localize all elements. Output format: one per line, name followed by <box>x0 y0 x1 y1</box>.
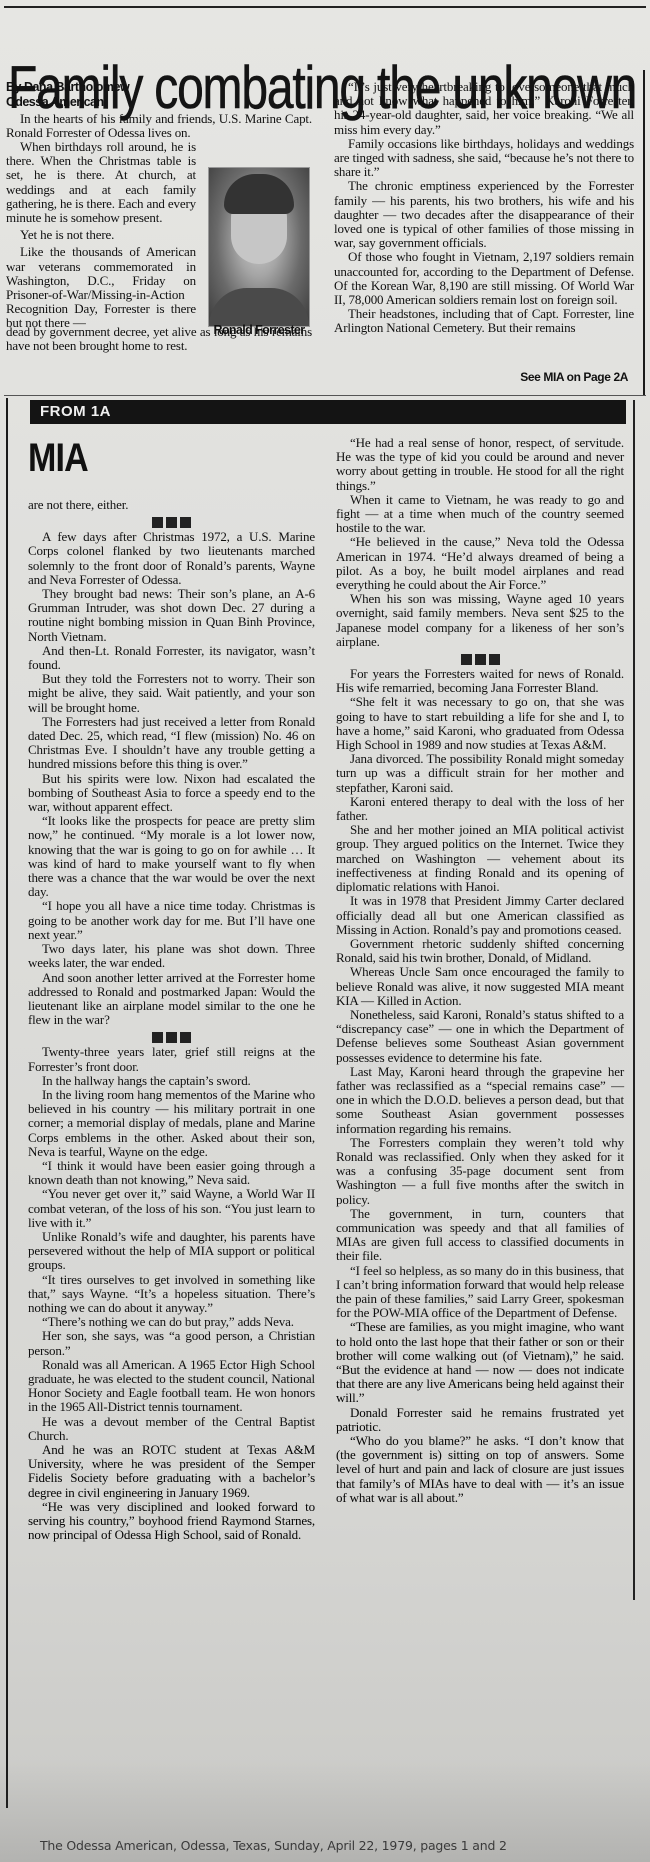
paragraph: “It looks like the prospects for peace a… <box>28 814 315 899</box>
paragraph: The chronic emptiness experienced by the… <box>334 179 634 250</box>
paragraph: But his spirits were low. Nixon had esca… <box>28 772 315 815</box>
paragraph: When his son was missing, Wayne aged 10 … <box>336 592 624 649</box>
paragraph: “I hope you all have a nice time today. … <box>28 899 315 942</box>
paragraph: Their headstones, including that of Capt… <box>334 307 634 335</box>
paragraph: Twenty-three years later, grief still re… <box>28 1045 315 1073</box>
paragraph: But they told the Forresters not to worr… <box>28 672 315 715</box>
section-break-icon <box>336 651 624 666</box>
jump-link[interactable]: See MIA on Page 2A <box>520 370 628 384</box>
paragraph: For years the Forresters waited for news… <box>336 667 624 695</box>
top-left-column: When birthdays roll around, he is there.… <box>6 140 196 331</box>
paragraph: “There’s nothing we can do but pray,” ad… <box>28 1315 315 1329</box>
box-rule <box>6 398 8 1808</box>
top-right-column: “It’s just very heartbreaking to love so… <box>334 80 634 336</box>
paragraph: Jana divorced. The possibility Ronald mi… <box>336 752 624 795</box>
photo-hair <box>224 174 294 214</box>
paragraph: Two days later, his plane was shot down.… <box>28 942 315 970</box>
paragraph: A few days after Christmas 1972, a U.S. … <box>28 530 315 587</box>
newspaper-clipping: Family combating the unknown By Dana Bar… <box>0 0 650 1862</box>
paragraph: He was a devout member of the Central Ba… <box>28 1415 315 1443</box>
paragraph: “It’s just very heartbreaking to love so… <box>334 80 634 137</box>
paragraph: Nonetheless, said Karoni, Ronald’s statu… <box>336 1008 624 1065</box>
paragraph: In the living room hang mementos of the … <box>28 1088 315 1159</box>
paragraph: “These are families, as you might imagin… <box>336 1320 624 1405</box>
paragraph: “He believed in the cause,” Neva told th… <box>336 535 624 592</box>
paragraph: Ronald was all American. A 1965 Ector Hi… <box>28 1358 315 1415</box>
paragraph: Unlike Ronald’s wife and daughter, his p… <box>28 1230 315 1273</box>
paragraph: Yet he is not there. <box>6 228 196 242</box>
paragraph: Family occasions like birthdays, holiday… <box>334 137 634 180</box>
lede-paragraph: In the hearts of his family and friends,… <box>6 112 312 140</box>
paragraph: “He was very disciplined and looked forw… <box>28 1500 315 1543</box>
paragraph: And he was an ROTC student at Texas A&M … <box>28 1443 315 1500</box>
continuation-right-column: “He had a real sense of honor, respect, … <box>336 436 624 1505</box>
paragraph: When birthdays roll around, he is there.… <box>6 140 196 225</box>
paragraph: Last May, Karoni heard through the grape… <box>336 1065 624 1136</box>
paragraph: “You never get over it,” said Wayne, a W… <box>28 1187 315 1230</box>
paragraph: In the hearts of his family and friends,… <box>6 112 312 140</box>
byline-author: By Dana Bartholomew <box>6 80 129 95</box>
section-break-icon <box>28 514 315 529</box>
divider <box>4 395 646 396</box>
paragraph: Like the thousands of American war veter… <box>6 245 196 330</box>
paragraph: When it came to Vietnam, he was ready to… <box>336 493 624 536</box>
portrait-photo <box>208 167 310 327</box>
top-rule <box>4 6 646 8</box>
paragraph: “She felt it was necessary to go on, tha… <box>336 695 624 752</box>
paragraph: In the hallway hangs the captain’s sword… <box>28 1074 315 1088</box>
paragraph: “It tires ourselves to get involved in s… <box>28 1273 315 1316</box>
paragraph: The government, in turn, counters that c… <box>336 1207 624 1264</box>
paragraph: “I think it would have been easier going… <box>28 1159 315 1187</box>
paragraph: She and her mother joined an MIA politic… <box>336 823 624 894</box>
byline-outlet: Odessa American <box>6 95 129 110</box>
paragraph: And soon another letter arrived at the F… <box>28 971 315 1028</box>
box-rule <box>633 400 635 1600</box>
continuation-left-column: are not there, either. A few days after … <box>28 498 315 1542</box>
box-rule <box>643 70 645 395</box>
jump-bar: FROM 1A <box>30 400 626 424</box>
paragraph: “I feel so helpless, as so many do in th… <box>336 1264 624 1321</box>
source-credit: The Odessa American, Odessa, Texas, Sund… <box>40 1838 600 1853</box>
section-break-icon <box>28 1029 315 1044</box>
section-title: MIA <box>28 436 88 480</box>
paragraph: The Forresters complain they weren’t tol… <box>336 1136 624 1207</box>
paragraph: Karoni entered therapy to deal with the … <box>336 795 624 823</box>
paragraph: are not there, either. <box>28 498 315 512</box>
byline: By Dana Bartholomew Odessa American <box>6 80 129 110</box>
paragraph: And then-Lt. Ronald Forrester, its navig… <box>28 644 315 672</box>
paragraph: Government rhetoric suddenly shifted con… <box>336 937 624 965</box>
paragraph: Donald Forrester said he remains frustra… <box>336 1406 624 1434</box>
paragraph: “He had a real sense of honor, respect, … <box>336 436 624 493</box>
photo-shoulders <box>209 288 309 326</box>
paragraph: It was in 1978 that President Jimmy Cart… <box>336 894 624 937</box>
paragraph: Her son, she says, was “a good person, a… <box>28 1329 315 1357</box>
paragraph: Whereas Uncle Sam once encouraged the fa… <box>336 965 624 1008</box>
paragraph: “Who do you blame?” he asks. “I don’t kn… <box>336 1434 624 1505</box>
paragraph: They brought bad news: Their son’s plane… <box>28 587 315 644</box>
paragraph: Of those who fought in Vietnam, 2,197 so… <box>334 250 634 307</box>
photo-caption: Ronald Forrester <box>207 323 311 337</box>
paragraph: The Forresters had just received a lette… <box>28 715 315 772</box>
